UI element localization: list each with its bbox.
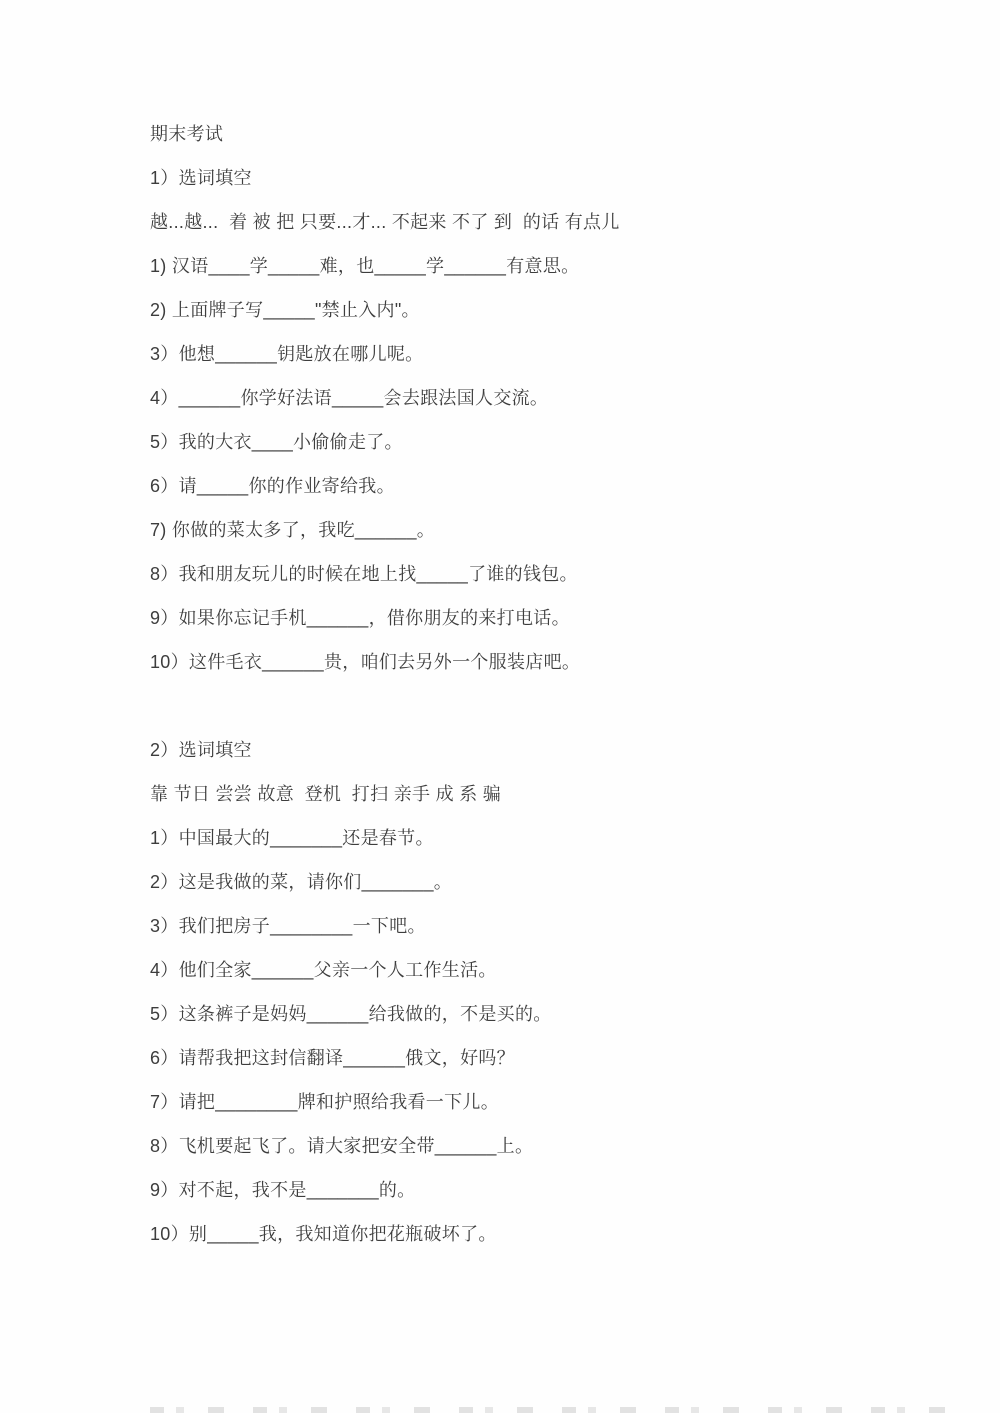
question: 5）我的大衣____小偷偷走了。: [150, 420, 950, 464]
question: 8）我和朋友玩儿的时候在地上找_____了谁的钱包。: [150, 552, 950, 596]
section-1-word-bank: 越...越... 着 被 把 只要...才... 不起来 不了 到 的话 有点儿: [150, 200, 950, 244]
worksheet-body: 期末考试 1）选词填空 越...越... 着 被 把 只要...才... 不起来…: [150, 112, 950, 1256]
question: 6）请_____你的作业寄给我。: [150, 464, 950, 508]
next-page-text-cutoff: [150, 1407, 950, 1413]
question: 3）我们把房子________一下吧。: [150, 904, 950, 948]
question: 10）别_____我，我知道你把花瓶破坏了。: [150, 1212, 950, 1256]
section-2-heading: 2）选词填空: [150, 728, 950, 772]
question: 3）他想______钥匙放在哪儿呢。: [150, 332, 950, 376]
question: 7) 你做的菜太多了，我吃______。: [150, 508, 950, 552]
question: 4）他们全家______父亲一个人工作生活。: [150, 948, 950, 992]
question: 5）这条裤子是妈妈______给我做的，不是买的。: [150, 992, 950, 1036]
blank-line: [150, 684, 950, 728]
document-page: 期末考试 1）选词填空 越...越... 着 被 把 只要...才... 不起来…: [0, 0, 1000, 1413]
question: 1）中国最大的_______还是春节。: [150, 816, 950, 860]
section-1-heading: 1）选词填空: [150, 156, 950, 200]
question: 9）对不起，我不是_______的。: [150, 1168, 950, 1212]
question: 4）______你学好法语_____会去跟法国人交流。: [150, 376, 950, 420]
question: 10）这件毛衣______贵，咱们去另外一个服装店吧。: [150, 640, 950, 684]
question: 2) 上面牌子写_____"禁止入内"。: [150, 288, 950, 332]
section-2-word-bank: 靠 节日 尝尝 故意 登机 打扫 亲手 成 系 骗: [150, 772, 950, 816]
question: 1) 汉语____学_____难，也_____学______有意思。: [150, 244, 950, 288]
question: 7）请把________牌和护照给我看一下儿。: [150, 1080, 950, 1124]
question: 2）这是我做的菜，请你们_______。: [150, 860, 950, 904]
question: 8）飞机要起飞了。请大家把安全带______上。: [150, 1124, 950, 1168]
question: 6）请帮我把这封信翻译______俄文，好吗？: [150, 1036, 950, 1080]
doc-title: 期末考试: [150, 112, 950, 156]
question: 9）如果你忘记手机______，借你朋友的来打电话。: [150, 596, 950, 640]
